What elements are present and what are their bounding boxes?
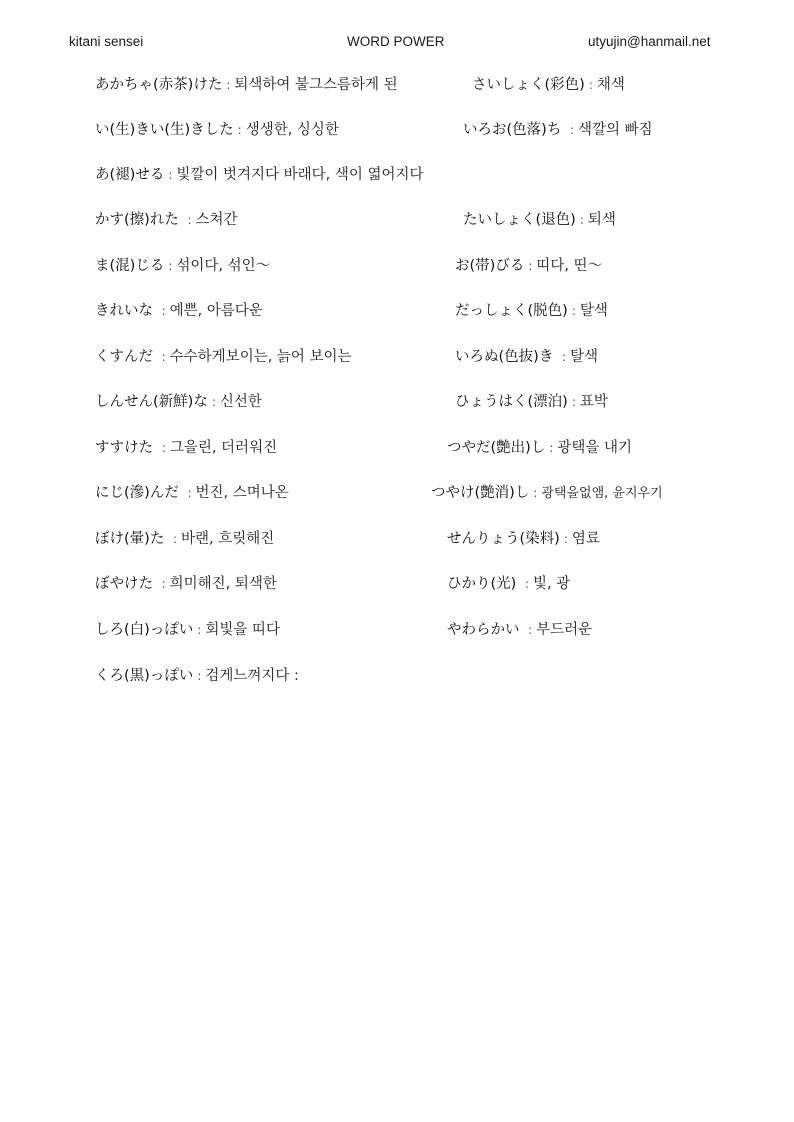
vocab-entry: ひょうはく(漂泊):표박	[455, 392, 608, 412]
japanese-term: ひょうはく(漂泊)	[455, 394, 568, 410]
vocab-entry: い(生)きい(生)きした:생생한, 싱싱한	[95, 120, 339, 140]
vocab-entry: ま(混)じる:섞이다, 섞인～	[95, 256, 270, 276]
japanese-term: い(生)きい(生)きした	[95, 122, 234, 138]
vocab-entry: たいしょく(退色):퇴색	[463, 210, 616, 230]
vocab-entry: やわらかい :부드러운	[447, 620, 592, 640]
japanese-term: つやけ(艶消)し	[431, 485, 529, 501]
japanese-term: しろ(白)っぽい	[95, 622, 193, 638]
vocab-entry: ひかり(光) :빛, 광	[447, 574, 570, 594]
korean-meaning: 바랜, 흐릿해진	[181, 531, 274, 547]
vocab-entry: あかちゃ(赤茶)けた:퇴색하여 불그스름하게 된	[95, 75, 398, 95]
korean-meaning: 염료	[572, 531, 600, 547]
vocab-entry: せんりょう(染料):염료	[447, 529, 600, 549]
japanese-term: しんせん(新鮮)な	[95, 394, 208, 410]
japanese-term: あ(褪)せる	[95, 167, 164, 183]
japanese-term: やわらかい	[447, 622, 524, 638]
korean-meaning: 채색	[597, 77, 625, 93]
korean-meaning: 생생한, 싱싱한	[246, 122, 339, 138]
vocab-entry: ぼやけた :희미해진, 퇴색한	[95, 574, 277, 594]
korean-meaning: 광택을없앰, 윤지우기	[541, 486, 662, 501]
korean-meaning: 띠다, 띤～	[536, 258, 602, 274]
korean-meaning: 섞이다, 섞인～	[176, 258, 270, 274]
japanese-term: くろ(黒)っぽい	[95, 668, 193, 684]
korean-meaning: 탈색	[570, 349, 598, 365]
korean-meaning: 스쳐간	[195, 212, 237, 228]
korean-meaning: 예쁜, 아름다운	[170, 303, 263, 319]
japanese-term: きれいな	[95, 303, 158, 319]
japanese-term: せんりょう(染料)	[447, 531, 560, 547]
korean-meaning: 빛깔이 벗겨지다 바래다, 색이 엷어지다	[176, 167, 423, 183]
vocab-entry: くろ(黒)っぽい:검게느껴지다 :	[95, 666, 299, 686]
vocab-entry: きれいな :예쁜, 아름다운	[95, 301, 263, 321]
vocab-entry: くすんだ :수수하게보이는, 늙어 보이는	[95, 347, 352, 367]
japanese-term: だっしょく(脱色)	[455, 303, 568, 319]
japanese-term: たいしょく(退色)	[463, 212, 576, 228]
document-title: WORD POWER	[347, 34, 445, 49]
japanese-term: ひかり(光)	[447, 576, 521, 592]
korean-meaning: 표박	[580, 394, 608, 410]
japanese-term: お(帯)びる	[455, 258, 524, 274]
vocab-entry: しろ(白)っぽい:회빛을 띠다	[95, 620, 280, 640]
author-email: utyujin@hanmail.net	[588, 34, 711, 49]
korean-meaning: 퇴색	[588, 212, 616, 228]
korean-meaning: 수수하게보이는, 늙어 보이는	[170, 349, 352, 365]
japanese-term: かす(擦)れた	[95, 212, 183, 228]
vocab-entry: さいしょく(彩色):채색	[472, 75, 625, 95]
japanese-term: いろお(色落)ち	[463, 122, 566, 138]
japanese-term: さいしょく(彩色)	[472, 77, 585, 93]
korean-meaning: 빛, 광	[533, 576, 570, 592]
author-label: kitani sensei	[69, 34, 143, 49]
korean-meaning: 색깔의 빠짐	[578, 122, 653, 138]
japanese-term: ぼけ(暈)た	[95, 531, 169, 547]
korean-meaning: 희미해진, 퇴색한	[170, 576, 277, 592]
korean-meaning: 검게느껴지다 :	[205, 668, 299, 684]
japanese-term: いろぬ(色抜)き	[455, 349, 558, 365]
japanese-term: すすけた	[95, 440, 158, 456]
vocab-entry: いろぬ(色抜)き :탈색	[455, 347, 598, 367]
vocab-entry: しんせん(新鮮)な:신선한	[95, 392, 262, 412]
page-header: kitani sensei WORD POWER utyujin@hanmail…	[0, 34, 794, 52]
vocab-entry: すすけた :그을린, 더러워진	[95, 438, 277, 458]
vocab-entry: いろお(色落)ち :색깔의 빠짐	[463, 120, 653, 140]
vocab-entry: ぼけ(暈)た :바랜, 흐릿해진	[95, 529, 274, 549]
japanese-term: あかちゃ(赤茶)けた	[95, 77, 222, 93]
vocab-entry: にじ(滲)んだ :번진, 스며나온	[95, 483, 289, 503]
vocab-entry: つやけ(艶消)し:광택을없앰, 윤지우기	[431, 483, 663, 504]
japanese-term: くすんだ	[95, 349, 158, 365]
korean-meaning: 부드러운	[536, 622, 592, 638]
vocab-entry: あ(褪)せる:빛깔이 벗겨지다 바래다, 색이 엷어지다	[95, 165, 424, 185]
vocab-entry: つやだ(艶出)し:광택을 내기	[447, 438, 632, 458]
vocab-entry: かす(擦)れた :스쳐간	[95, 210, 238, 230]
vocab-entry: だっしょく(脱色):탈색	[455, 301, 608, 321]
japanese-term: つやだ(艶出)し	[447, 440, 545, 456]
korean-meaning: 탈색	[580, 303, 608, 319]
korean-meaning: 퇴색하여 불그스름하게 된	[234, 77, 397, 93]
korean-meaning: 번진, 스며나온	[195, 485, 288, 501]
korean-meaning: 광택을 내기	[557, 440, 632, 456]
korean-meaning: 신선한	[220, 394, 262, 410]
korean-meaning: 회빛을 띠다	[205, 622, 280, 638]
japanese-term: ま(混)じる	[95, 258, 164, 274]
japanese-term: ぼやけた	[95, 576, 158, 592]
japanese-term: にじ(滲)んだ	[95, 485, 183, 501]
vocab-entry: お(帯)びる:띠다, 띤～	[455, 256, 602, 276]
korean-meaning: 그을린, 더러워진	[170, 440, 277, 456]
